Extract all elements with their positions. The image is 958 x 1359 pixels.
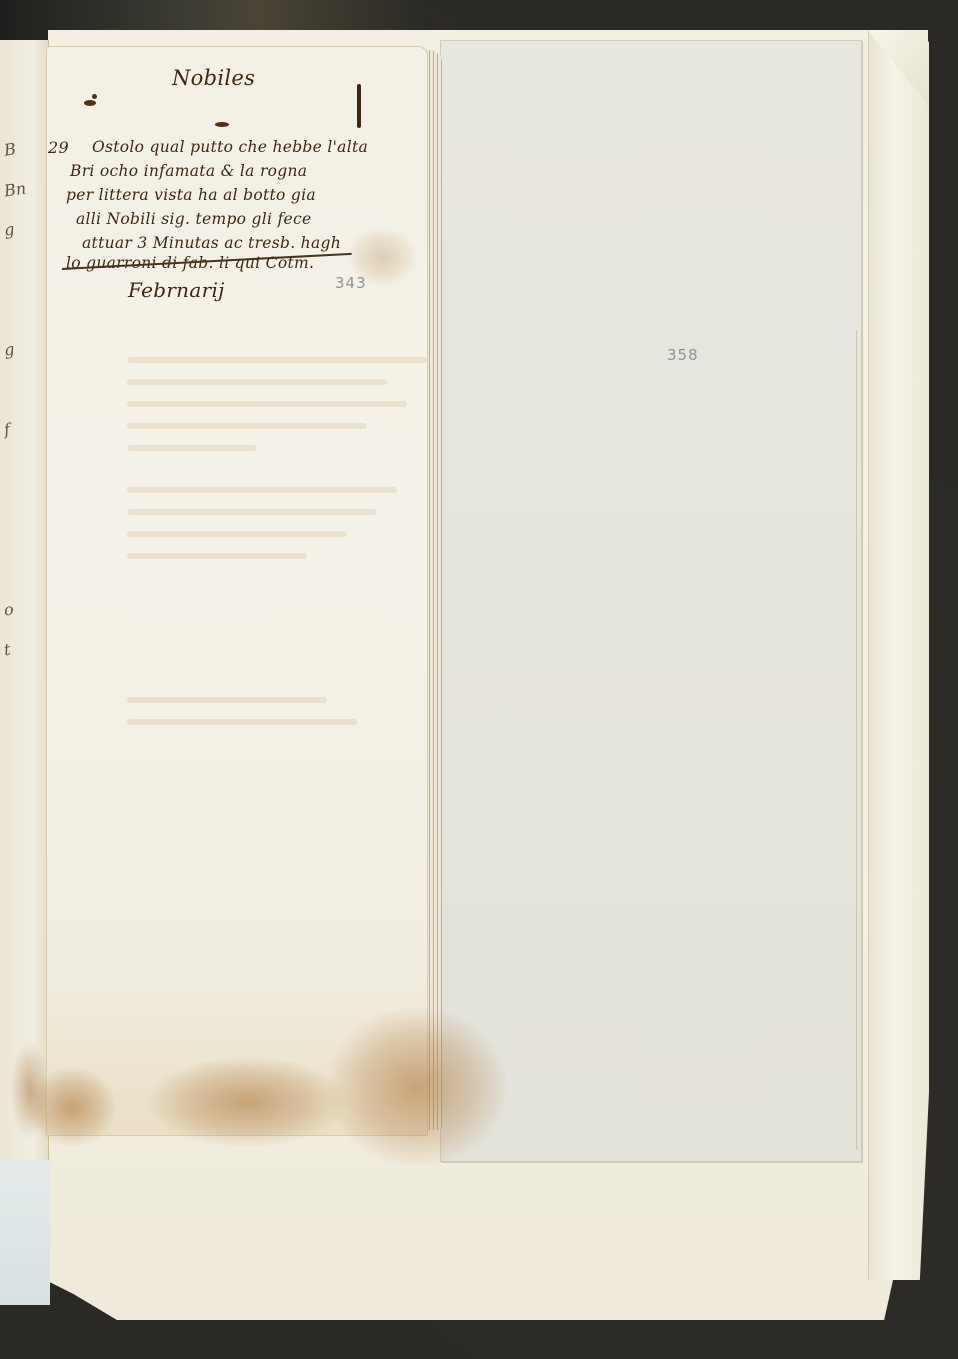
blank-folio-edge xyxy=(856,330,867,1150)
bleed-through-text xyxy=(127,379,387,385)
fragment-mark: f xyxy=(3,420,12,440)
previous-folio-fragment: B Bn g g f o t xyxy=(0,40,49,1160)
bleed-through-text xyxy=(127,423,367,429)
bleed-through-text xyxy=(127,445,257,451)
ink-blot xyxy=(92,94,97,99)
fragment-mark: o xyxy=(3,599,15,619)
text-line: Bri ocho infamata & la rogna xyxy=(70,162,307,180)
text-line: attuar 3 Minutas ac tresb. hagh xyxy=(82,234,341,252)
bleed-through-text xyxy=(127,401,407,407)
signature: Febrnarij xyxy=(128,278,225,302)
bleed-through-text xyxy=(127,487,397,493)
bleed-through-text xyxy=(127,553,307,559)
water-stain xyxy=(147,1057,347,1147)
bleed-through-text xyxy=(127,531,347,537)
fragment-mark: B xyxy=(3,139,17,159)
mount-fold-right xyxy=(868,30,929,1280)
bleed-through-text xyxy=(127,357,427,363)
fragment-mark: t xyxy=(3,640,12,660)
fragment-mark: g xyxy=(3,219,16,239)
water-stain xyxy=(27,1067,117,1147)
bleed-through-text xyxy=(127,509,377,515)
guard-strip xyxy=(0,1155,50,1305)
foliation-number-right: 358 xyxy=(667,346,699,364)
bleed-through-text xyxy=(127,697,327,703)
text-line: Ostolo qual putto che hebbe l'alta xyxy=(92,138,368,156)
text-line: per littera vista ha al botto gia xyxy=(66,186,316,204)
text-line: alli Nobili sig. tempo gli fece xyxy=(76,210,311,228)
ink-blot xyxy=(215,122,229,127)
water-stain xyxy=(327,1007,507,1167)
marginal-mark xyxy=(357,84,361,128)
bleed-through-text xyxy=(127,719,357,725)
fragment-mark: Bn xyxy=(3,179,27,201)
fragment-mark: g xyxy=(3,339,16,359)
ink-blot xyxy=(84,100,96,106)
foliation-number-left: 343 xyxy=(335,274,367,292)
entry-number: 29 xyxy=(48,138,69,157)
blank-folio: 358 xyxy=(440,40,862,1162)
folio-heading: Nobiles xyxy=(172,66,255,90)
